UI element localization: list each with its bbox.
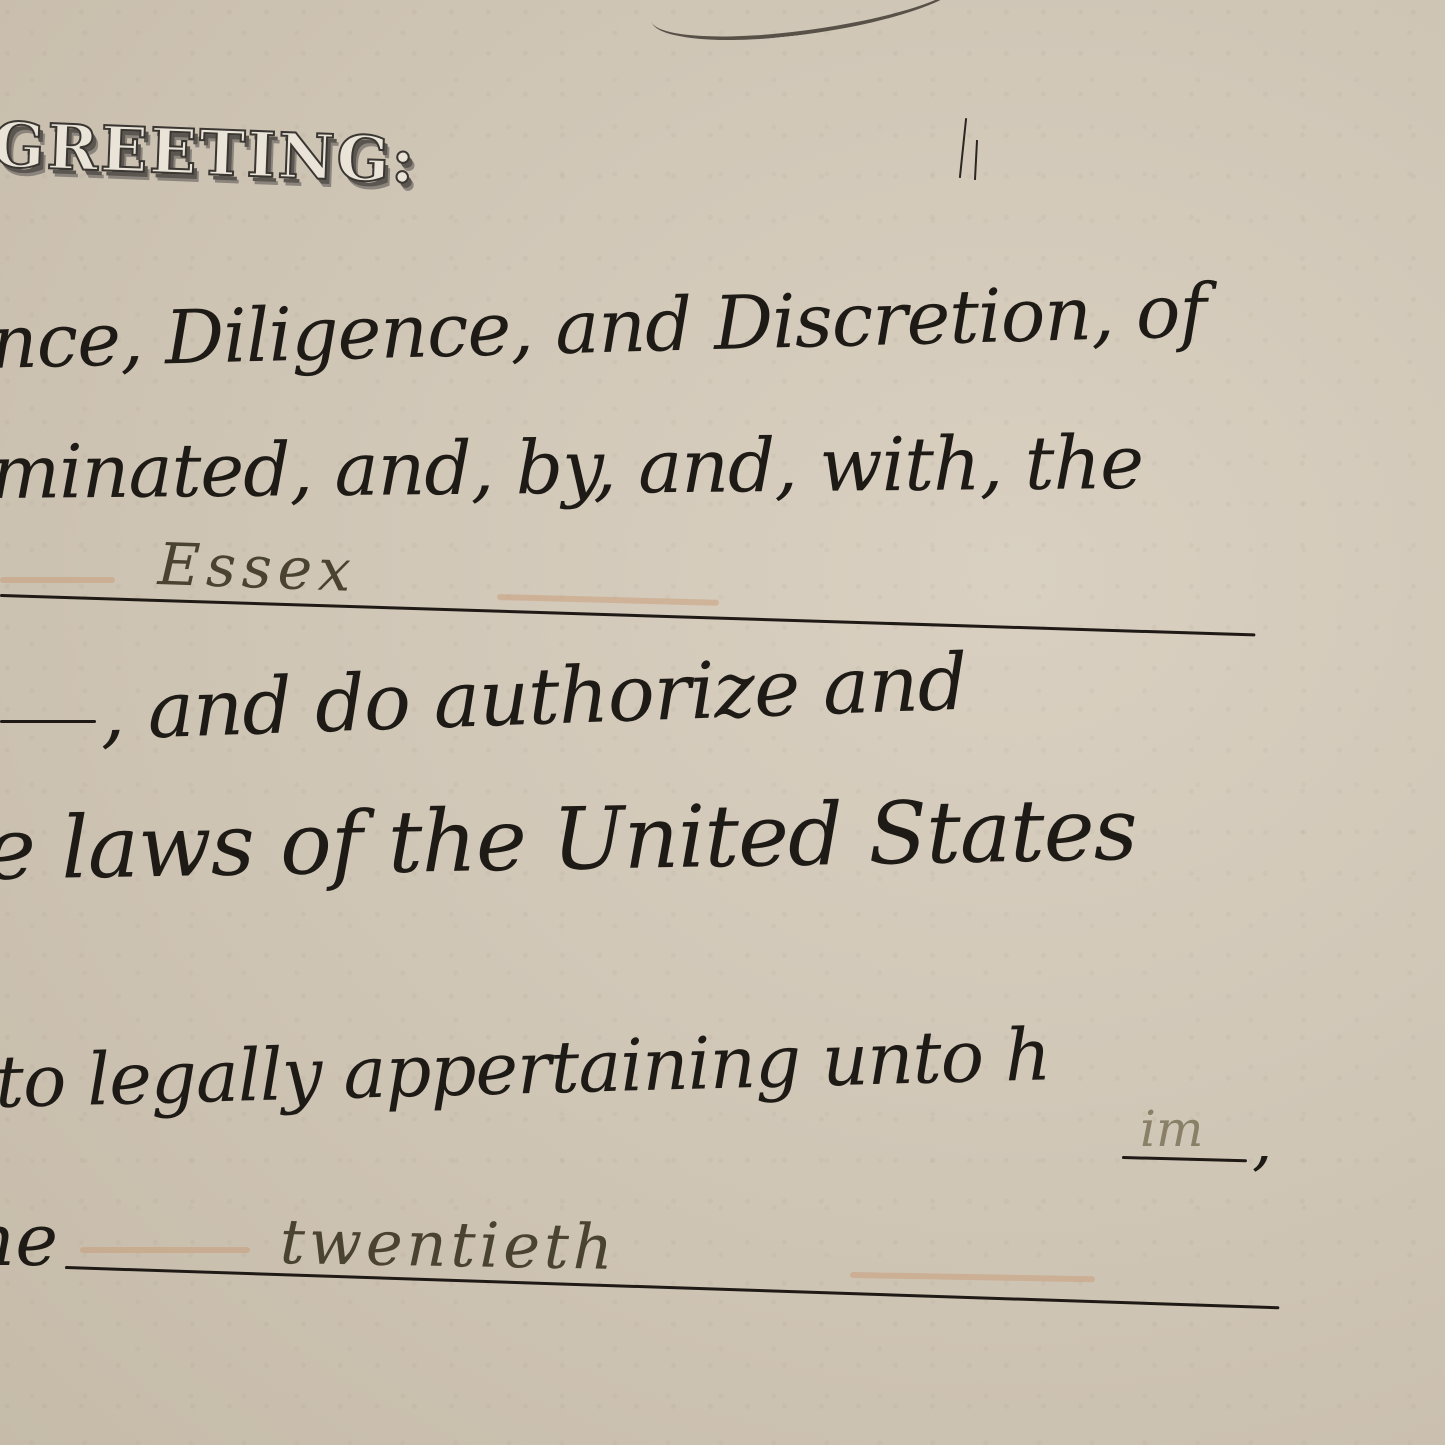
handwritten-pronoun-field[interactable]: im bbox=[1140, 1100, 1203, 1158]
handwritten-county-field[interactable]: Essex bbox=[157, 530, 358, 605]
line-the: he bbox=[0, 1198, 57, 1282]
comma: , bbox=[1252, 1105, 1271, 1179]
handwritten-day-field[interactable]: twentieth bbox=[279, 1205, 617, 1284]
fill-in-line bbox=[0, 720, 96, 723]
line-united-states: e laws of the United States bbox=[0, 780, 1137, 900]
pencil-guide bbox=[80, 1247, 250, 1253]
line-nominated: minated, and, by, and, with, the bbox=[0, 420, 1143, 516]
pencil-guide bbox=[0, 577, 115, 583]
